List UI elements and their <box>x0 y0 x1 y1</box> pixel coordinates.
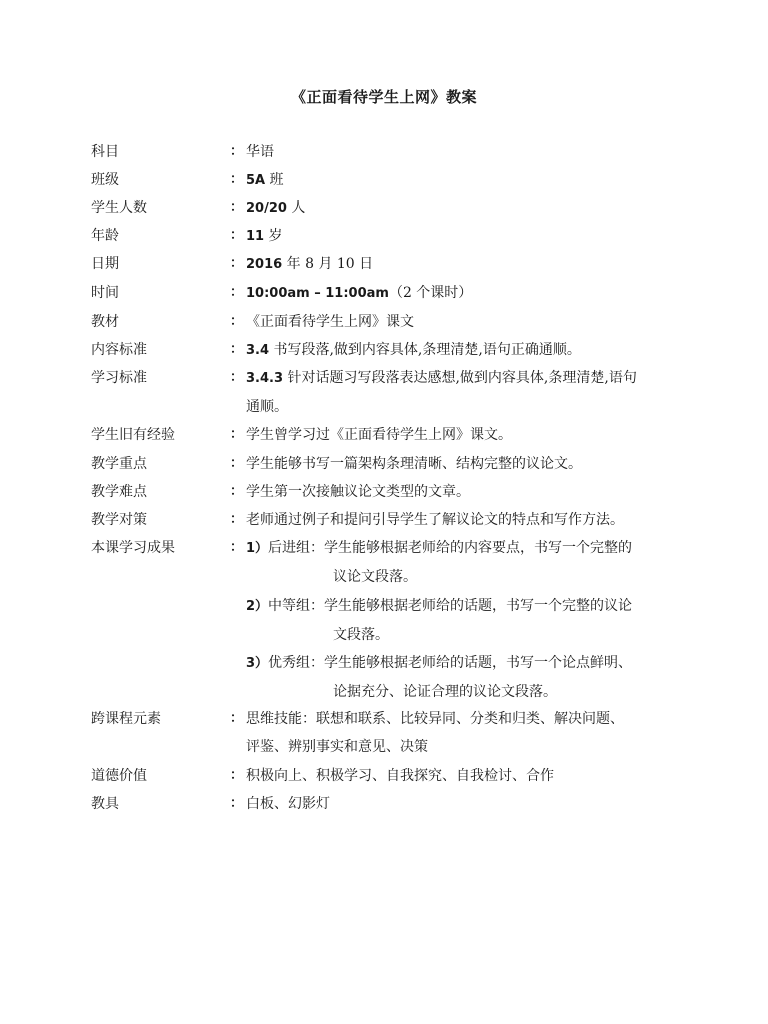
value-text: 书写段落,做到内容具体,条理清楚,语句正确通顺。 <box>269 342 581 358</box>
value-number: 11 <box>246 229 264 244</box>
outcome-number: 1） <box>246 541 268 556</box>
value-text: 学生第一次接触议论文类型的文章。 <box>246 484 470 500</box>
value-text: 老师通过例子和提问引导学生了解议论文的特点和写作方法。 <box>246 512 624 528</box>
field-label: 内容标准 <box>91 336 147 364</box>
value-text: 思维技能：联想和联系、比较异同、分类和归类、解决问题、 <box>246 711 624 727</box>
value-text: 《正面看待学生上网》课文 <box>246 314 414 330</box>
field-colon: ： <box>230 222 243 250</box>
field-colon: ： <box>230 705 243 733</box>
field-value: 20/20 人 <box>246 194 686 223</box>
value-text: 学生曾学习过《正面看待学生上网》课文。 <box>246 427 512 443</box>
value-number: 20/20 <box>246 201 287 216</box>
field-value: 《正面看待学生上网》课文 <box>246 308 686 336</box>
field-colon: ： <box>230 279 243 307</box>
field-colon: ： <box>230 450 243 478</box>
value-text: 针对话题习写段落表达感想,做到内容具体,条理清楚,语句 <box>283 370 637 386</box>
value-number: 2016 <box>246 257 282 272</box>
value-text-line2: 通顺。 <box>246 399 288 415</box>
outcome-group: 后进组： <box>268 540 324 556</box>
field-label: 教材 <box>91 308 119 336</box>
value-text: 人 <box>287 200 305 216</box>
field-label: 年龄 <box>91 222 119 250</box>
field-value: 积极向上、积极学习、自我探究、自我检讨、合作 <box>246 762 686 790</box>
field-colon: ： <box>230 421 243 449</box>
field-value: 11 岁 <box>246 222 686 251</box>
field-label: 学生旧有经验 <box>91 421 175 449</box>
outcome-item-2: 2）中等组：学生能够根据老师给的话题，书写一个完整的议论 文段落。 <box>246 592 686 649</box>
field-colon: ： <box>230 138 243 166</box>
value-text-line2: 评鉴、辨别事实和意见、决策 <box>246 739 428 755</box>
field-label: 科目 <box>91 138 119 166</box>
field-value: 学生曾学习过《正面看待学生上网》课文。 <box>246 421 686 449</box>
value-number: 10:00am – 11:00am <box>246 286 389 301</box>
field-value: 3.4.3 针对话题习写段落表达感想,做到内容具体,条理清楚,语句通顺。 <box>246 364 686 421</box>
field-value: 学生能够书写一篇架构条理清晰、结构完整的议论文。 <box>246 450 686 478</box>
field-label: 时间 <box>91 279 119 307</box>
field-colon: ： <box>230 336 243 364</box>
field-value: 学生第一次接触议论文类型的文章。 <box>246 478 686 506</box>
field-label: 学习标准 <box>91 364 147 392</box>
field-label: 教具 <box>91 790 119 818</box>
field-colon: ： <box>230 194 243 222</box>
outcome-text-line2: 论据充分、论证合理的议论文段落。 <box>246 678 686 706</box>
value-text: 岁 <box>264 228 282 244</box>
field-label: 日期 <box>91 250 119 278</box>
field-colon: ： <box>230 506 243 534</box>
field-label: 本课学习成果 <box>91 534 175 562</box>
value-number: 3.4.3 <box>246 371 283 386</box>
field-colon: ： <box>230 308 243 336</box>
outcome-group: 优秀组： <box>268 655 324 671</box>
field-colon: ： <box>230 250 243 278</box>
value-number: 3.4 <box>246 343 269 358</box>
value-text: （2 个课时） <box>389 285 472 301</box>
field-value: 5A 班 <box>246 166 686 195</box>
outcome-item-3: 3）优秀组：学生能够根据老师给的话题，书写一个论点鲜明、 论据充分、论证合理的议… <box>246 649 686 706</box>
field-value: 3.4 书写段落,做到内容具体,条理清楚,语句正确通顺。 <box>246 336 686 365</box>
value-number: 5A <box>246 173 265 188</box>
field-value: 白板、幻影灯 <box>246 790 686 818</box>
value-text: 班 <box>265 172 283 188</box>
value-text: 华语 <box>246 144 274 160</box>
field-label: 教学重点 <box>91 450 147 478</box>
field-value: 老师通过例子和提问引导学生了解议论文的特点和写作方法。 <box>246 506 686 534</box>
value-text: 白板、幻影灯 <box>246 796 330 812</box>
field-label: 道德价值 <box>91 762 147 790</box>
outcome-text-line2: 议论文段落。 <box>246 563 686 591</box>
field-label: 班级 <box>91 166 119 194</box>
outcome-item-1: 1）后进组：学生能够根据老师给的内容要点，书写一个完整的 议论文段落。 <box>246 534 686 591</box>
field-colon: ： <box>230 790 243 818</box>
value-text: 学生能够书写一篇架构条理清晰、结构完整的议论文。 <box>246 456 582 472</box>
field-colon: ： <box>230 478 243 506</box>
field-colon: ： <box>230 364 243 392</box>
outcome-text-line2: 文段落。 <box>246 621 686 649</box>
value-text: 年 8 月 10 日 <box>282 256 373 272</box>
value-text: 积极向上、积极学习、自我探究、自我检讨、合作 <box>246 768 554 784</box>
field-value: 10:00am – 11:00am（2 个课时） <box>246 279 686 308</box>
document-title: 《正面看待学生上网》教案 <box>0 86 768 107</box>
outcome-text: 学生能够根据老师给的话题，书写一个论点鲜明、 <box>324 655 632 671</box>
field-value: 华语 <box>246 138 686 166</box>
field-value: 思维技能：联想和联系、比较异同、分类和归类、解决问题、评鉴、辨别事实和意见、决策 <box>246 705 686 761</box>
field-value: 2016 年 8 月 10 日 <box>246 250 686 279</box>
field-label: 教学对策 <box>91 506 147 534</box>
outcome-number: 3） <box>246 656 268 671</box>
outcome-group: 中等组： <box>268 598 324 614</box>
outcome-number: 2） <box>246 599 268 614</box>
outcome-text: 学生能够根据老师给的内容要点，书写一个完整的 <box>324 540 632 556</box>
field-colon: ： <box>230 166 243 194</box>
field-label: 学生人数 <box>91 194 147 222</box>
field-label: 跨课程元素 <box>91 705 161 733</box>
field-colon: ： <box>230 534 243 562</box>
outcome-text: 学生能够根据老师给的话题，书写一个完整的议论 <box>324 598 632 614</box>
field-label: 教学难点 <box>91 478 147 506</box>
field-colon: ： <box>230 762 243 790</box>
